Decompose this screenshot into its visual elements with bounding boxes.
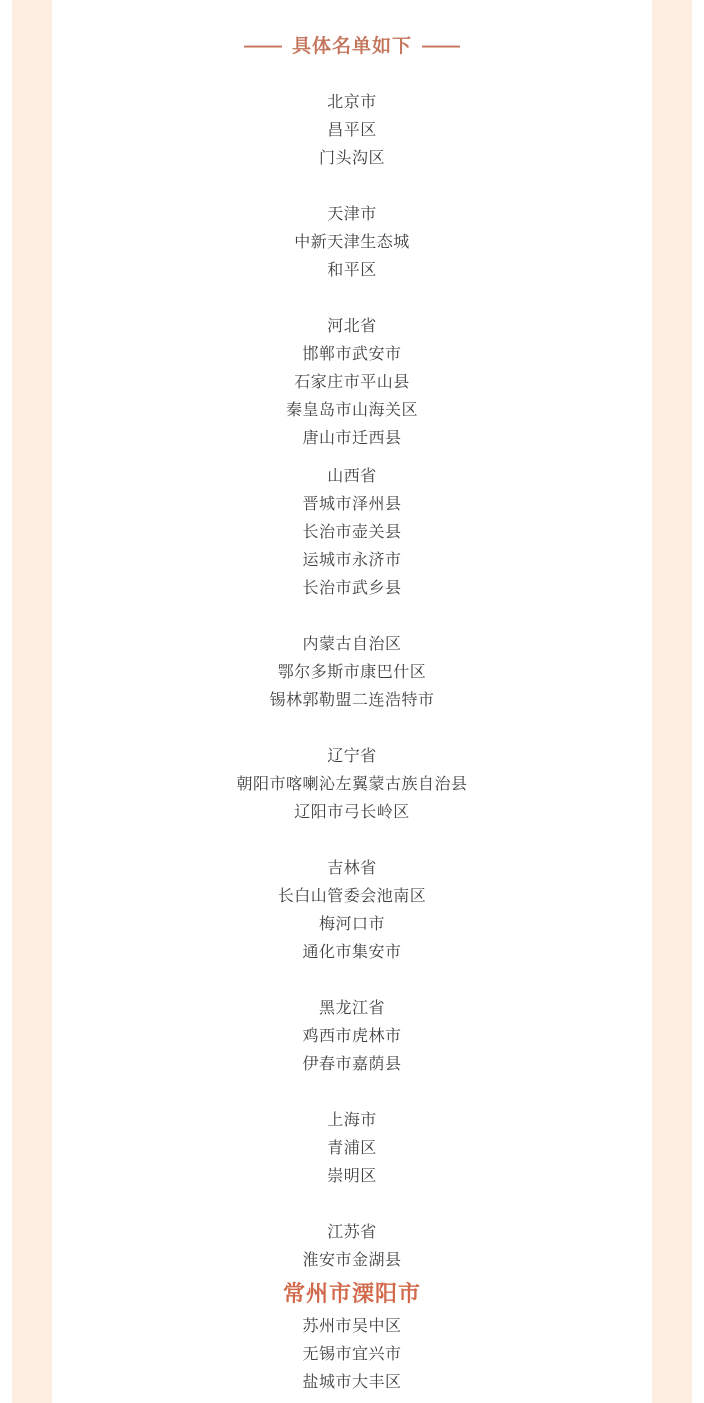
region-name: 河北省 [52,313,652,341]
list-item: 门头沟区 [52,145,652,173]
list-item: 辽阳市弓长岭区 [52,799,652,827]
region-name: 内蒙古自治区 [52,631,652,659]
list-item: 盐城市大丰区 [52,1369,652,1397]
region-section: 辽宁省朝阳市喀喇沁左翼蒙古族自治县辽阳市弓长岭区 [52,743,652,827]
region-section: 天津市中新天津生态城和平区 [52,201,652,285]
region-section: 河北省邯郸市武安市石家庄市平山县秦皇岛市山海关区唐山市迁西县 [52,313,652,453]
article-content: ——具体名单如下—— 北京市昌平区门头沟区天津市中新天津生态城和平区河北省邯郸市… [52,0,652,1397]
list-item: 长白山管委会池南区 [52,883,652,911]
list-item: 崇明区 [52,1163,652,1191]
region-name: 黑龙江省 [52,995,652,1023]
list-item: 邯郸市武安市 [52,341,652,369]
list-item: 梅河口市 [52,911,652,939]
list-item: 淮安市金湖县 [52,1247,652,1275]
region-name: 吉林省 [52,855,652,883]
list-item: 锡林郭勒盟二连浩特市 [52,687,652,715]
region-section: 上海市青浦区崇明区 [52,1107,652,1191]
list-item: 中新天津生态城 [52,229,652,257]
region-section: 北京市昌平区门头沟区 [52,89,652,173]
heading-dash-left: —— [244,36,282,57]
list-item: 鄂尔多斯市康巴什区 [52,659,652,687]
right-decoration-band [652,0,692,1403]
list-item: 运城市永济市 [52,547,652,575]
highlighted-list-item: 常州市溧阳市 [52,1275,652,1313]
list-item: 晋城市泽州县 [52,491,652,519]
list-item: 唐山市迁西县 [52,425,652,453]
region-section: 山西省晋城市泽州县长治市壶关县运城市永济市长治市武乡县 [52,463,652,603]
list-item: 和平区 [52,257,652,285]
list-item: 朝阳市喀喇沁左翼蒙古族自治县 [52,771,652,799]
heading-dash-right: —— [422,36,460,57]
list-item: 长治市武乡县 [52,575,652,603]
list-item: 通化市集安市 [52,939,652,967]
region-name: 天津市 [52,201,652,229]
heading-title: 具体名单如下 [292,36,412,57]
region-section: 吉林省长白山管委会池南区梅河口市通化市集安市 [52,855,652,967]
left-decoration-band [12,0,52,1403]
region-name: 江苏省 [52,1219,652,1247]
list-item: 昌平区 [52,117,652,145]
list-item: 青浦区 [52,1135,652,1163]
section-heading: ——具体名单如下—— [52,33,652,61]
region-section: 黑龙江省鸡西市虎林市伊春市嘉荫县 [52,995,652,1079]
list-item: 石家庄市平山县 [52,369,652,397]
list-item: 鸡西市虎林市 [52,1023,652,1051]
list-item: 秦皇岛市山海关区 [52,397,652,425]
list-item: 伊春市嘉荫县 [52,1051,652,1079]
list-item: 长治市壶关县 [52,519,652,547]
region-name: 山西省 [52,463,652,491]
region-name: 上海市 [52,1107,652,1135]
list-item: 苏州市吴中区 [52,1313,652,1341]
region-name: 北京市 [52,89,652,117]
region-name: 辽宁省 [52,743,652,771]
article-page: { "page": { "background_color": "#ffffff… [0,0,704,1403]
list-item: 无锡市宜兴市 [52,1341,652,1369]
region-section: 江苏省淮安市金湖县常州市溧阳市苏州市吴中区无锡市宜兴市盐城市大丰区 [52,1219,652,1397]
name-list: 北京市昌平区门头沟区天津市中新天津生态城和平区河北省邯郸市武安市石家庄市平山县秦… [52,89,652,1397]
region-section: 内蒙古自治区鄂尔多斯市康巴什区锡林郭勒盟二连浩特市 [52,631,652,715]
